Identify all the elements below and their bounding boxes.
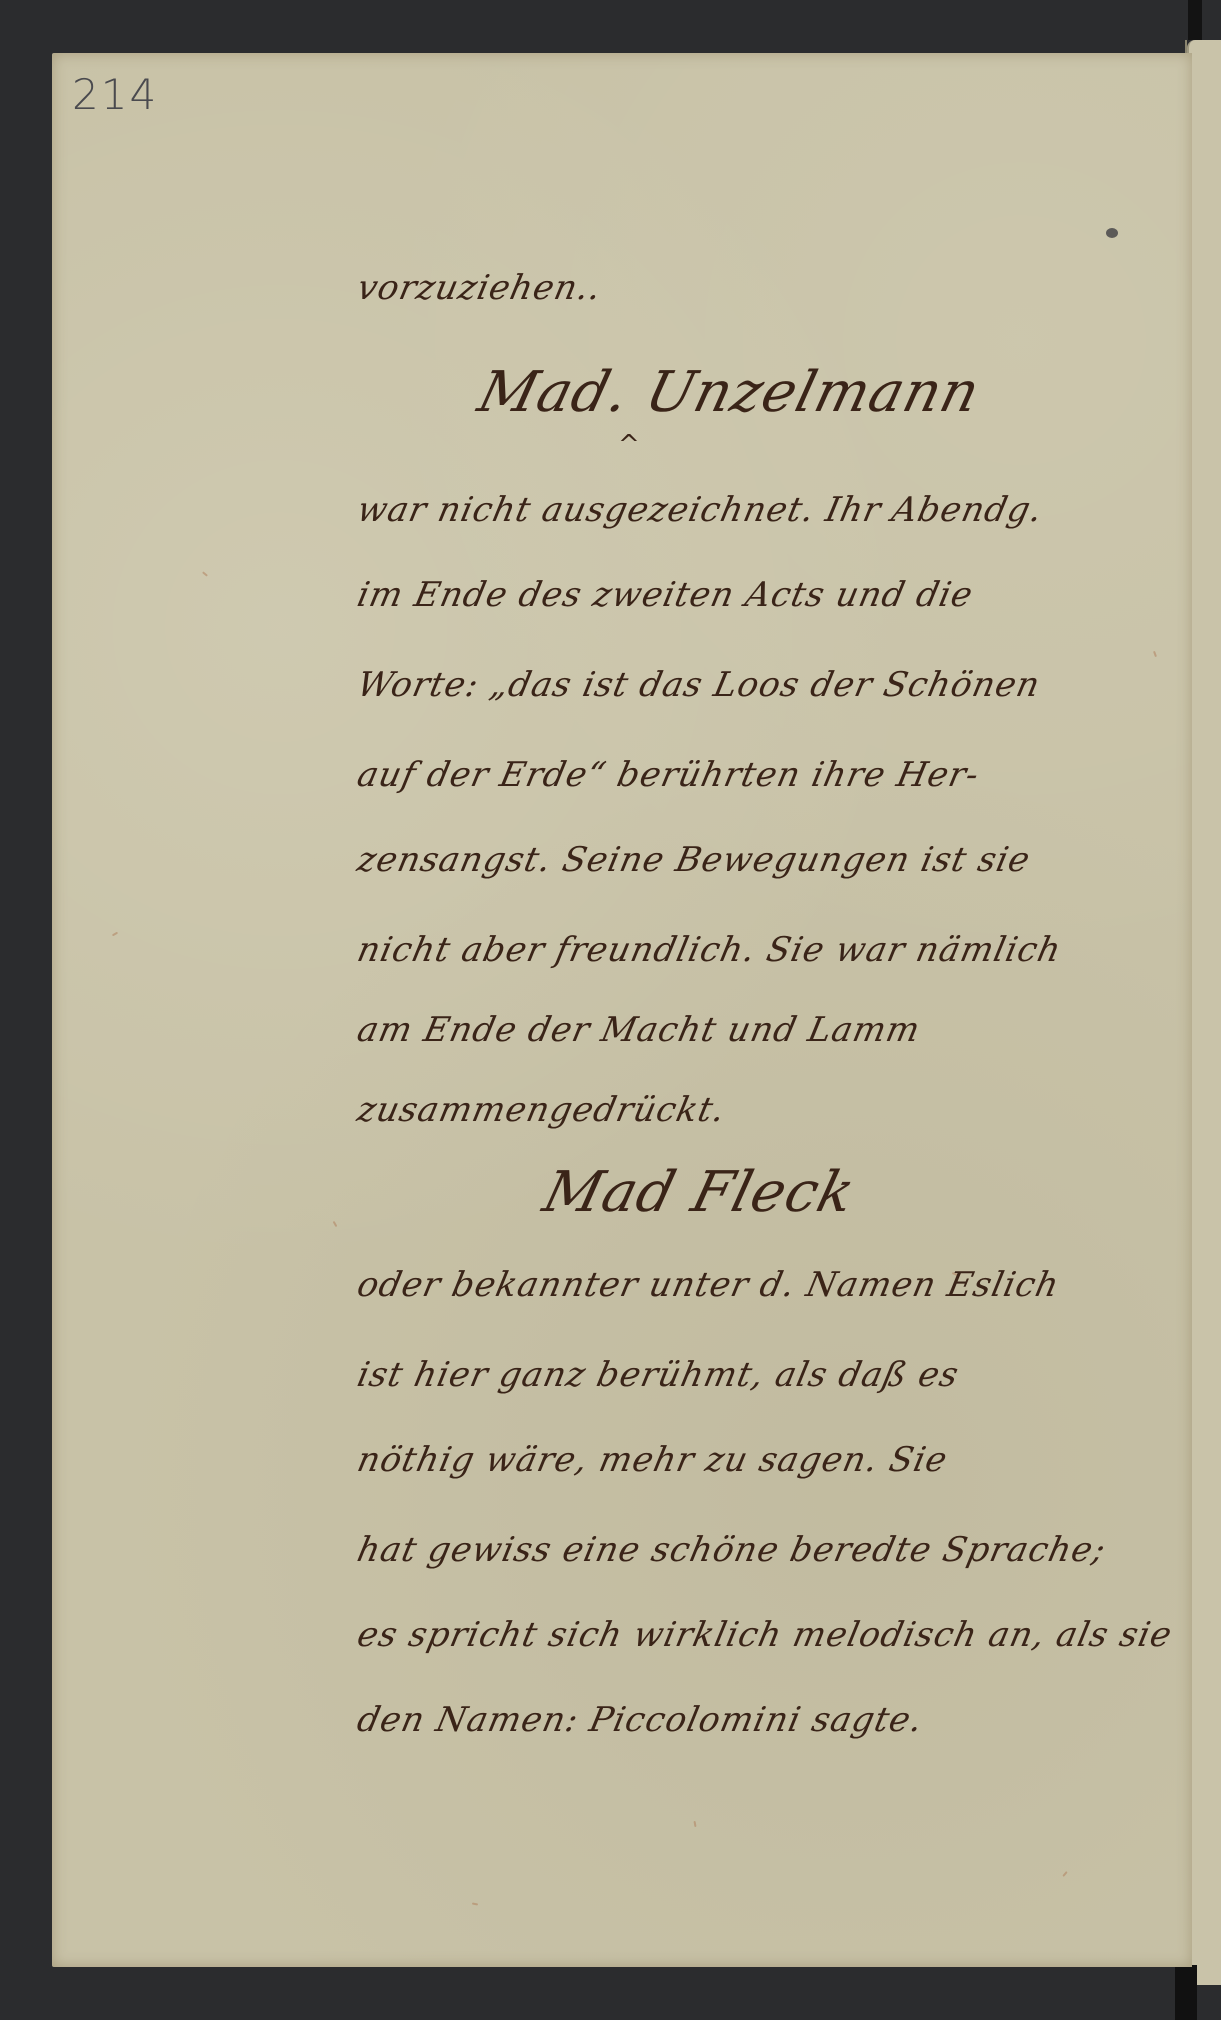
text-line: war nicht ausgezeichnet. Ihr Abendg. <box>354 490 1047 530</box>
manuscript-scan: 214 vorzuziehen.. Mad. Unzelmann ^ war n… <box>0 0 1221 2020</box>
text-line: den Namen: Piccolomini sagte. <box>354 1700 927 1740</box>
section-heading-unzelmann: Mad. Unzelmann <box>472 360 987 425</box>
page-number: 214 <box>72 70 158 119</box>
text-line: Worte: „das ist das Loos der Schönen <box>354 665 1044 705</box>
text-line: am Ende der Macht und Lamm <box>354 1010 924 1050</box>
paper-fiber <box>1062 1871 1067 1877</box>
text-line: nicht aber freundlich. Sie war nämlich <box>354 930 1065 970</box>
text-line: zusammengedrückt. <box>354 1090 729 1130</box>
binding-spine-top <box>1188 0 1202 40</box>
next-page-edge <box>1187 40 1221 1985</box>
paper-fiber <box>202 571 208 576</box>
text-line: im Ende des zweiten Acts und die <box>354 575 977 615</box>
paper-fiber <box>472 1902 478 1905</box>
paper-fiber <box>1153 651 1157 657</box>
opening-line: vorzuziehen.. <box>354 268 606 308</box>
insertion-caret-mark: ^ <box>618 430 640 460</box>
text-line: ist hier ganz berühmt, als daß es <box>354 1355 963 1395</box>
paper-wormhole <box>1106 228 1118 238</box>
text-line: nöthig wäre, mehr zu sagen. Sie <box>354 1440 952 1480</box>
paper-fiber <box>693 1821 696 1827</box>
paper-fiber <box>112 932 118 937</box>
paper-fiber <box>333 1221 338 1227</box>
text-line: oder bekannter unter d. Namen Eslich <box>354 1265 1063 1305</box>
text-line: es spricht sich wirklich melodisch an, a… <box>354 1615 1176 1655</box>
text-line: zensangst. Seine Bewegungen ist sie <box>354 840 1034 880</box>
text-line: hat gewiss eine schöne beredte Sprache; <box>354 1530 1110 1570</box>
text-line: auf der Erde“ berührten ihre Her- <box>354 755 983 795</box>
binding-spine-bottom <box>1175 1965 1197 2020</box>
section-heading-fleck: Mad Fleck <box>537 1160 862 1225</box>
